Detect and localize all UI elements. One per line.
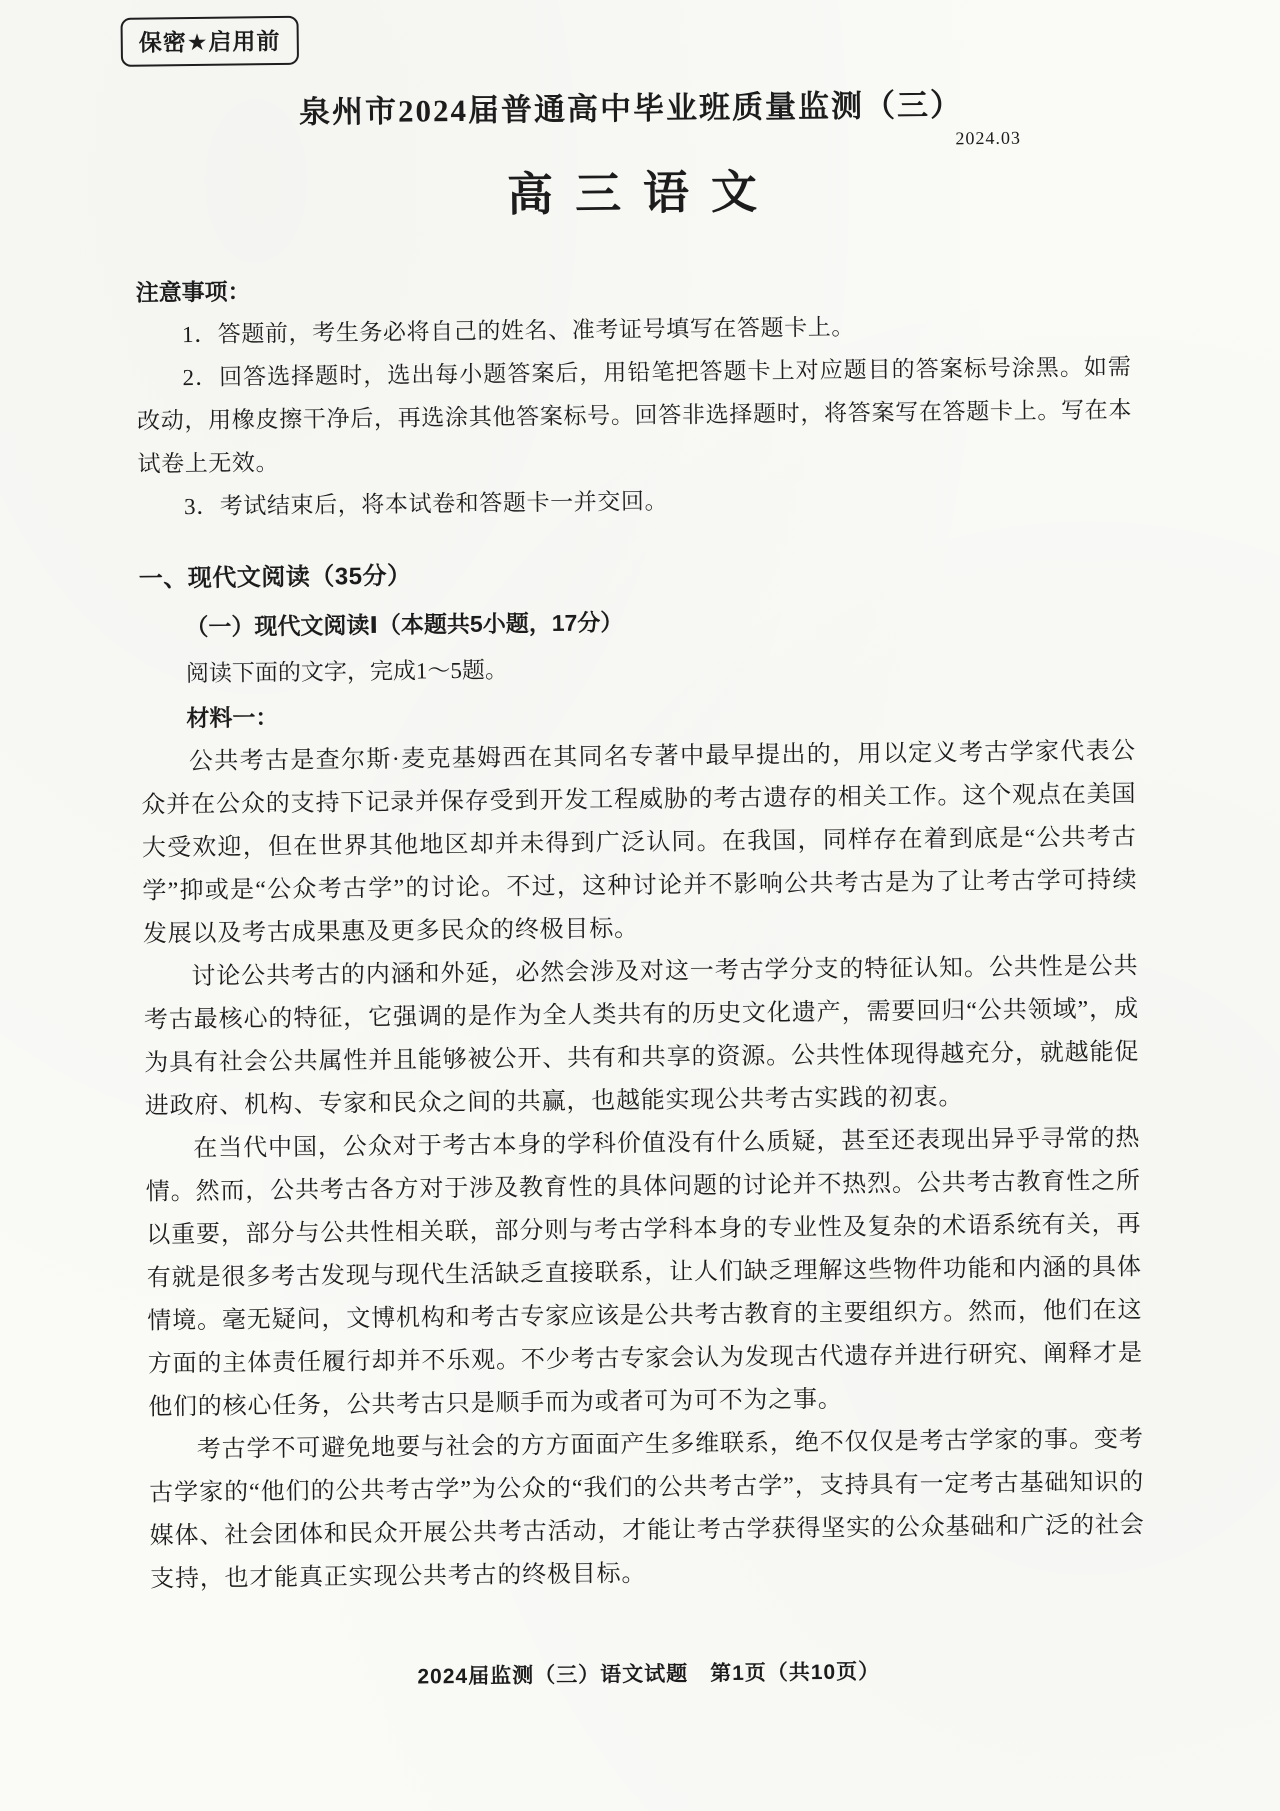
page-footer: 2024届监测（三）语文试题 第1页（共10页） <box>151 1652 1146 1693</box>
secrecy-notice-box: 保密★启用前 <box>120 16 298 67</box>
material-paragraph-2: 讨论公共考古的内涵和外延，必然会涉及对这一考古学分支的特征认知。公共性是公共考古… <box>143 945 1140 1128</box>
section-subheading-reading-one: （一）现代文阅读Ⅰ（本题共5小题，17分） <box>185 598 1134 642</box>
subject-title: 高三语文 <box>134 151 1130 228</box>
material-paragraph-1: 公共考古是查尔斯·麦克基姆西在其同名专著中最早提出的，用以定义考古学家代表公众并… <box>141 730 1138 956</box>
material-paragraph-4: 考古学不可避免地要与社会的方方面面产生多维联系，绝不仅仅是考古学家的事。变考古学… <box>148 1418 1145 1601</box>
material-one-label: 材料一： <box>186 689 1135 733</box>
notes-heading: 注意事项： <box>135 263 1130 307</box>
notes-item-2: 2．回答选择题时，选出每小题答案后，用铅笔把答题卡上对应题目的答案标号涂黑。如需… <box>136 345 1132 485</box>
exam-title: 泉州市2024届普通高中毕业班质量监测（三） <box>133 77 1128 133</box>
page-content: 保密★启用前 泉州市2024届普通高中毕业班质量监测（三） 2024.03 高三… <box>132 0 1146 1694</box>
notes-section: 注意事项： 1．答题前，考生务必将自己的姓名、准考证号填写在答题卡上。 2．回答… <box>135 263 1133 528</box>
material-paragraph-3: 在当代中国，公众对于考古本身的学科价值没有什么质疑，甚至还表现出异乎寻常的热情。… <box>145 1117 1143 1429</box>
exam-paper-page: 保密★启用前 泉州市2024届普通高中毕业班质量监测（三） 2024.03 高三… <box>0 0 1280 1811</box>
material-one-text: 公共考古是查尔斯·麦克基姆西在其同名专著中最早提出的，用以定义考古学家代表公众并… <box>141 730 1146 1601</box>
reading-instruction: 阅读下面的文字，完成1～5题。 <box>186 644 1135 688</box>
section-heading-modern-reading: 一、现代文阅读（35分） <box>139 547 1134 593</box>
